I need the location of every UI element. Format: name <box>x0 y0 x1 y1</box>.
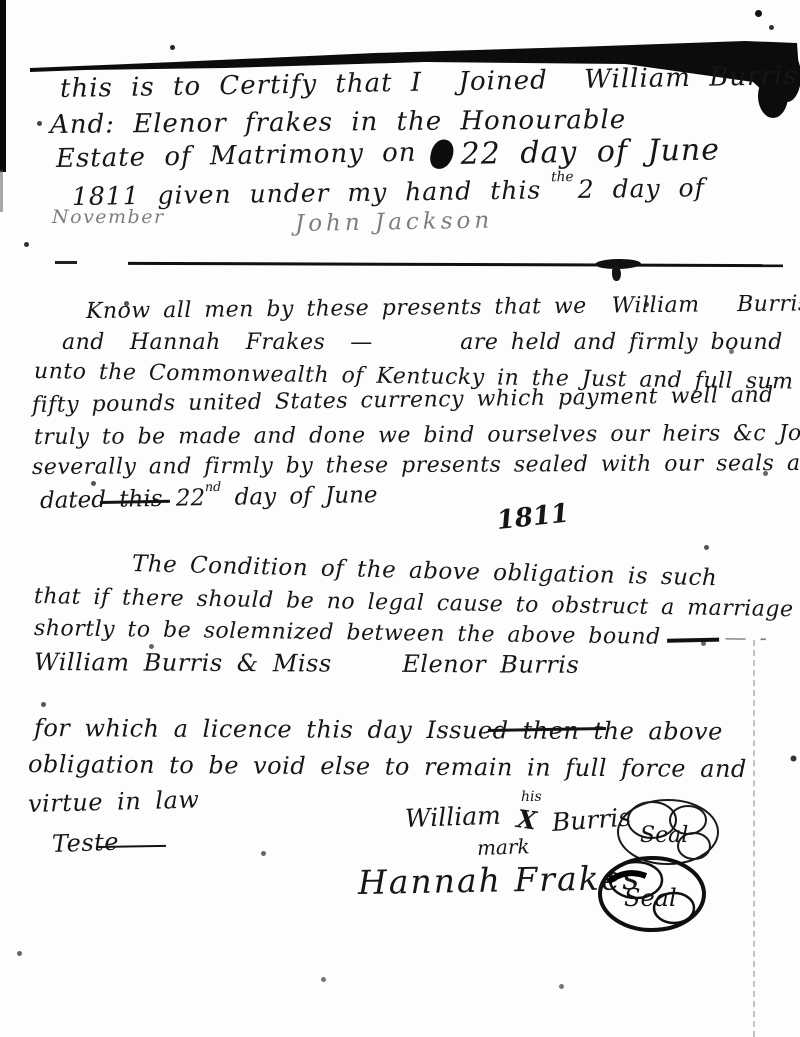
officiant-signature: John Jackson <box>295 209 494 237</box>
slip-bottom-dash <box>55 261 77 264</box>
teste-flourish <box>98 845 166 848</box>
bond-line: severally and firmly by these presents s… <box>32 452 800 479</box>
slip-bottom-edge <box>128 262 783 267</box>
scan-edge-bar-tail <box>0 170 3 212</box>
condition-line: The Condition of the above obligation is… <box>132 552 718 590</box>
teste-label: Teste <box>52 830 120 858</box>
closing-line: for which a licence this day Issued then… <box>34 716 723 745</box>
groom-first-name: William <box>405 803 502 833</box>
superscript-the: the <box>551 170 574 185</box>
certificate-line: Estate of Matrimony on 22 day of June <box>56 134 721 177</box>
condition-line: shortly to be solemnized between the abo… <box>34 617 768 650</box>
closing-line: virtue in law <box>28 788 200 818</box>
his-label: his <box>521 790 542 805</box>
bond-line: Know all men by these presents that we W… <box>86 292 800 323</box>
closing-line: obligation to be void else to remain in … <box>28 752 747 782</box>
scan-edge-bar <box>0 0 6 172</box>
crossed-out-word <box>666 626 718 643</box>
ink-blot <box>428 137 455 171</box>
trailing-dashes: — - <box>724 627 767 651</box>
ink-smudge-tail <box>612 266 621 281</box>
bond-date-suffix: day of June <box>221 483 378 510</box>
certificate-line: 1811 given under my hand this the 2 day … <box>72 175 705 210</box>
seal-word: Seal <box>624 884 677 912</box>
bond-line: fifty pounds united States currency whic… <box>32 384 774 417</box>
bond-date-line: dated this 22 nd day of June <box>40 483 378 513</box>
seal-word: Seal <box>640 823 688 848</box>
bond-line: truly to be made and done we bind oursel… <box>34 422 800 449</box>
superscript-nd: nd <box>205 480 221 494</box>
condition-line: that if there should be no legal cause t… <box>34 585 794 621</box>
scan-noise-specks <box>0 0 3 3</box>
bond-line: and Hannah Frakes — are held and firmly … <box>62 331 783 354</box>
mark-label: mark <box>477 836 530 859</box>
fold-line <box>753 640 755 1037</box>
hand-suffix: 2 day of <box>578 175 705 203</box>
condition-text: shortly to be solemnized between the abo… <box>34 617 661 649</box>
seal-scribble-bride: Seal <box>594 846 712 938</box>
matrimony-date: 22 day of June <box>460 134 720 170</box>
bond-year: 1811 <box>496 501 571 536</box>
certificate-line: And: Elenor frakes in the Honourable <box>50 107 626 139</box>
x-mark: X <box>515 806 538 835</box>
condition-names-line: William Burris & Miss Elenor Burris <box>34 650 579 678</box>
month-label: November <box>52 208 165 228</box>
scanned-document-page: this is to Certify that I Joined William… <box>0 0 800 1037</box>
matrimony-prefix: Estate of Matrimony on <box>56 140 417 174</box>
